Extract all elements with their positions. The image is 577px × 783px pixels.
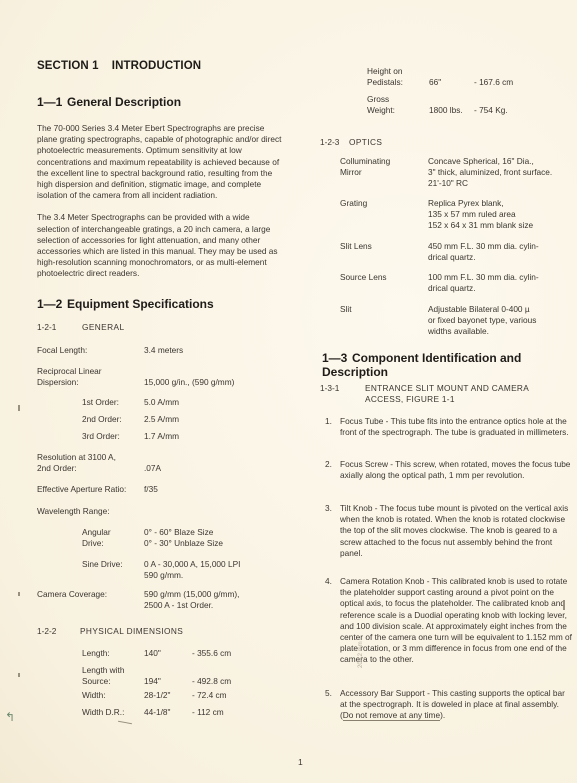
spec-label: Slit (340, 304, 352, 315)
spec-value: f/35 (144, 484, 158, 495)
heading-1-2: 1—2Equipment Specifications (37, 297, 214, 311)
spec-label: 2nd Order: (82, 414, 122, 425)
heading-title: Equipment Specifications (67, 297, 214, 311)
subsection-1-2-2: 1-2-2 PHYSICAL DIMENSIONS (37, 626, 56, 637)
dimension-metric: - 355.6 cm (192, 648, 231, 659)
dimension-imperial: 1800 lbs. (429, 105, 463, 116)
spec-value: 0° - 60° Blaze Size 0° - 30° Unblaze Siz… (144, 527, 223, 549)
optics-value: Adjustable Bilateral 0-400 µ or fixed ba… (428, 304, 536, 337)
spec-label: Sine Drive: (82, 559, 123, 570)
dimension-metric: - 492.8 cm (192, 676, 231, 687)
spec-value: 590 g/mm (15,000 g/mm), 2500 A - 1st Ord… (144, 589, 239, 611)
subsection-1-3-1: 1-3-1 ENTRANCE SLIT MOUNT AND CAMERA ACC… (320, 383, 339, 394)
item-number: 4. (325, 576, 332, 587)
list-item-tilt-knob: 3. Tilt Knob - The focus tube mount is p… (340, 503, 572, 559)
item-number: 1. (325, 416, 332, 427)
dimension-metric: - 167.6 cm (474, 77, 513, 88)
dimension-imperial: 194" (144, 676, 161, 687)
spec-label: Height on Pedistals: (367, 66, 403, 88)
spec-label: Colluminating Mirror (340, 156, 390, 178)
paragraph: The 70-000 Series 3.4 Meter Ebert Spectr… (37, 123, 282, 201)
heading-number: 1—3 (322, 351, 352, 365)
heading-title: Component Identification and Description (322, 351, 521, 379)
item-text: Focus Tube - This tube fits into the ent… (340, 416, 569, 437)
spec-label: Gross Weight: (367, 94, 395, 116)
item-text: ). (440, 710, 445, 720)
spec-label: Camera Coverage: (37, 589, 107, 600)
spec-value: 0 A - 30,000 A, 15,000 LPI 590 g/mm. (144, 559, 240, 581)
heading-number: 1—2 (37, 297, 67, 311)
dimension-imperial: 140" (144, 648, 161, 659)
spec-label: Reciprocal Linear Dispersion: (37, 366, 102, 388)
margin-tick (18, 405, 20, 411)
margin-mark-icon: ↰ (5, 710, 15, 724)
spec-value: 5.0 A/mm (144, 397, 179, 408)
subsection-number: 1-2-2 (37, 626, 56, 636)
subsection-number: 1-2-3 (320, 137, 339, 147)
spec-label: 1st Order: (82, 397, 119, 408)
item-text: Camera Rotation Knob - This calibrated k… (340, 576, 572, 664)
list-item-camera-rotation-knob: 4. Camera Rotation Knob - This calibrate… (340, 576, 572, 666)
subsection-number: 1-2-1 (37, 322, 56, 332)
spec-label: Resolution at 3100 A, 2nd Order: (37, 452, 116, 474)
heading-title: General Description (67, 95, 181, 109)
subsection-number: 1-3-1 (320, 383, 339, 393)
subsection-title: OPTICS (349, 137, 382, 148)
spec-label: Source Lens (340, 272, 387, 283)
dimension-metric: - 754 Kg. (474, 105, 508, 116)
item-text: Focus Screw - This screw, when rotated, … (340, 459, 570, 480)
general-description: The 70-000 Series 3.4 Meter Ebert Spectr… (37, 123, 282, 291)
subsection-title: GENERAL (82, 322, 124, 333)
spec-label: Grating (340, 198, 367, 209)
optics-value: Concave Spherical, 16" Dia., 3" thick, a… (428, 156, 552, 189)
pencil-mark (118, 721, 132, 724)
spec-label: Wavelength Range: (37, 506, 110, 517)
dimension-metric: - 112 cm (192, 707, 224, 718)
page-number: 1 (298, 757, 303, 767)
spec-value: 2.5 A/mm (144, 414, 179, 425)
item-number: 2. (325, 459, 332, 470)
optics-value: 450 mm F.L. 30 mm dia. cylin- drical qua… (428, 241, 539, 263)
spec-value: 1.7 A/mm (144, 431, 179, 442)
subsection-title: ENTRANCE SLIT MOUNT AND CAMERA ACCESS, F… (365, 383, 529, 405)
margin-tick (18, 673, 20, 677)
spec-value: .07A (144, 463, 161, 474)
spec-label: Focal Length: (37, 345, 87, 356)
item-number: 3. (325, 503, 332, 514)
subsection-1-2-3: 1-2-3 OPTICS (320, 137, 339, 148)
dimension-imperial: 66" (429, 77, 441, 88)
spec-value: 3.4 meters (144, 345, 183, 356)
subsection-1-2-1: 1-2-1 GENERAL (37, 322, 56, 333)
spec-label: 3rd Order: (82, 431, 120, 442)
paragraph: The 3.4 Meter Spectrographs can be provi… (37, 212, 282, 279)
spec-label: Angular Drive: (82, 527, 111, 549)
spec-label: Width D.R.: (82, 707, 124, 718)
heading-1-1: 1—1General Description (37, 95, 181, 109)
list-item-focus-tube: 1. Focus Tube - This tube fits into the … (340, 416, 572, 438)
item-text-underlined: Do not remove at any time (343, 710, 440, 721)
heading-1-3: 1—3Component Identification and Descript… (322, 351, 577, 379)
spec-label: Slit Lens (340, 241, 372, 252)
optics-value: 100 mm F.L. 30 mm dia. cylin- drical qua… (428, 272, 539, 294)
margin-tick (18, 592, 20, 596)
dimension-metric: - 72.4 cm (192, 690, 227, 701)
margin-stamp: 203,2 mm (358, 641, 364, 668)
list-item-focus-screw: 2. Focus Screw - This screw, when rotate… (340, 459, 572, 481)
heading-number: 1—1 (37, 95, 67, 109)
spec-label: Width: (82, 690, 106, 701)
item-text: Tilt Knob - The focus tube mount is pivo… (340, 503, 568, 558)
spec-value: 15,000 g/in., (590 g/mm) (144, 377, 234, 388)
margin-tick (563, 600, 565, 610)
section-title: SECTION 1 INTRODUCTION (37, 60, 201, 72)
document-page: SECTION 1 INTRODUCTION 1—1General Descri… (0, 0, 577, 783)
item-number: 5. (325, 688, 332, 699)
list-item-accessory-bar-support: 5. Accessory Bar Support - This casting … (340, 688, 572, 722)
dimension-imperial: 44-1/8" (144, 707, 170, 718)
spec-label: Effective Aperture Ratio: (37, 484, 126, 495)
dimension-imperial: 28-1/2" (144, 690, 170, 701)
subsection-title: PHYSICAL DIMENSIONS (80, 626, 183, 637)
optics-value: Replica Pyrex blank, 135 x 57 mm ruled a… (428, 198, 533, 231)
spec-label: Length with Source: (82, 665, 124, 687)
spec-label: Length: (82, 648, 110, 659)
